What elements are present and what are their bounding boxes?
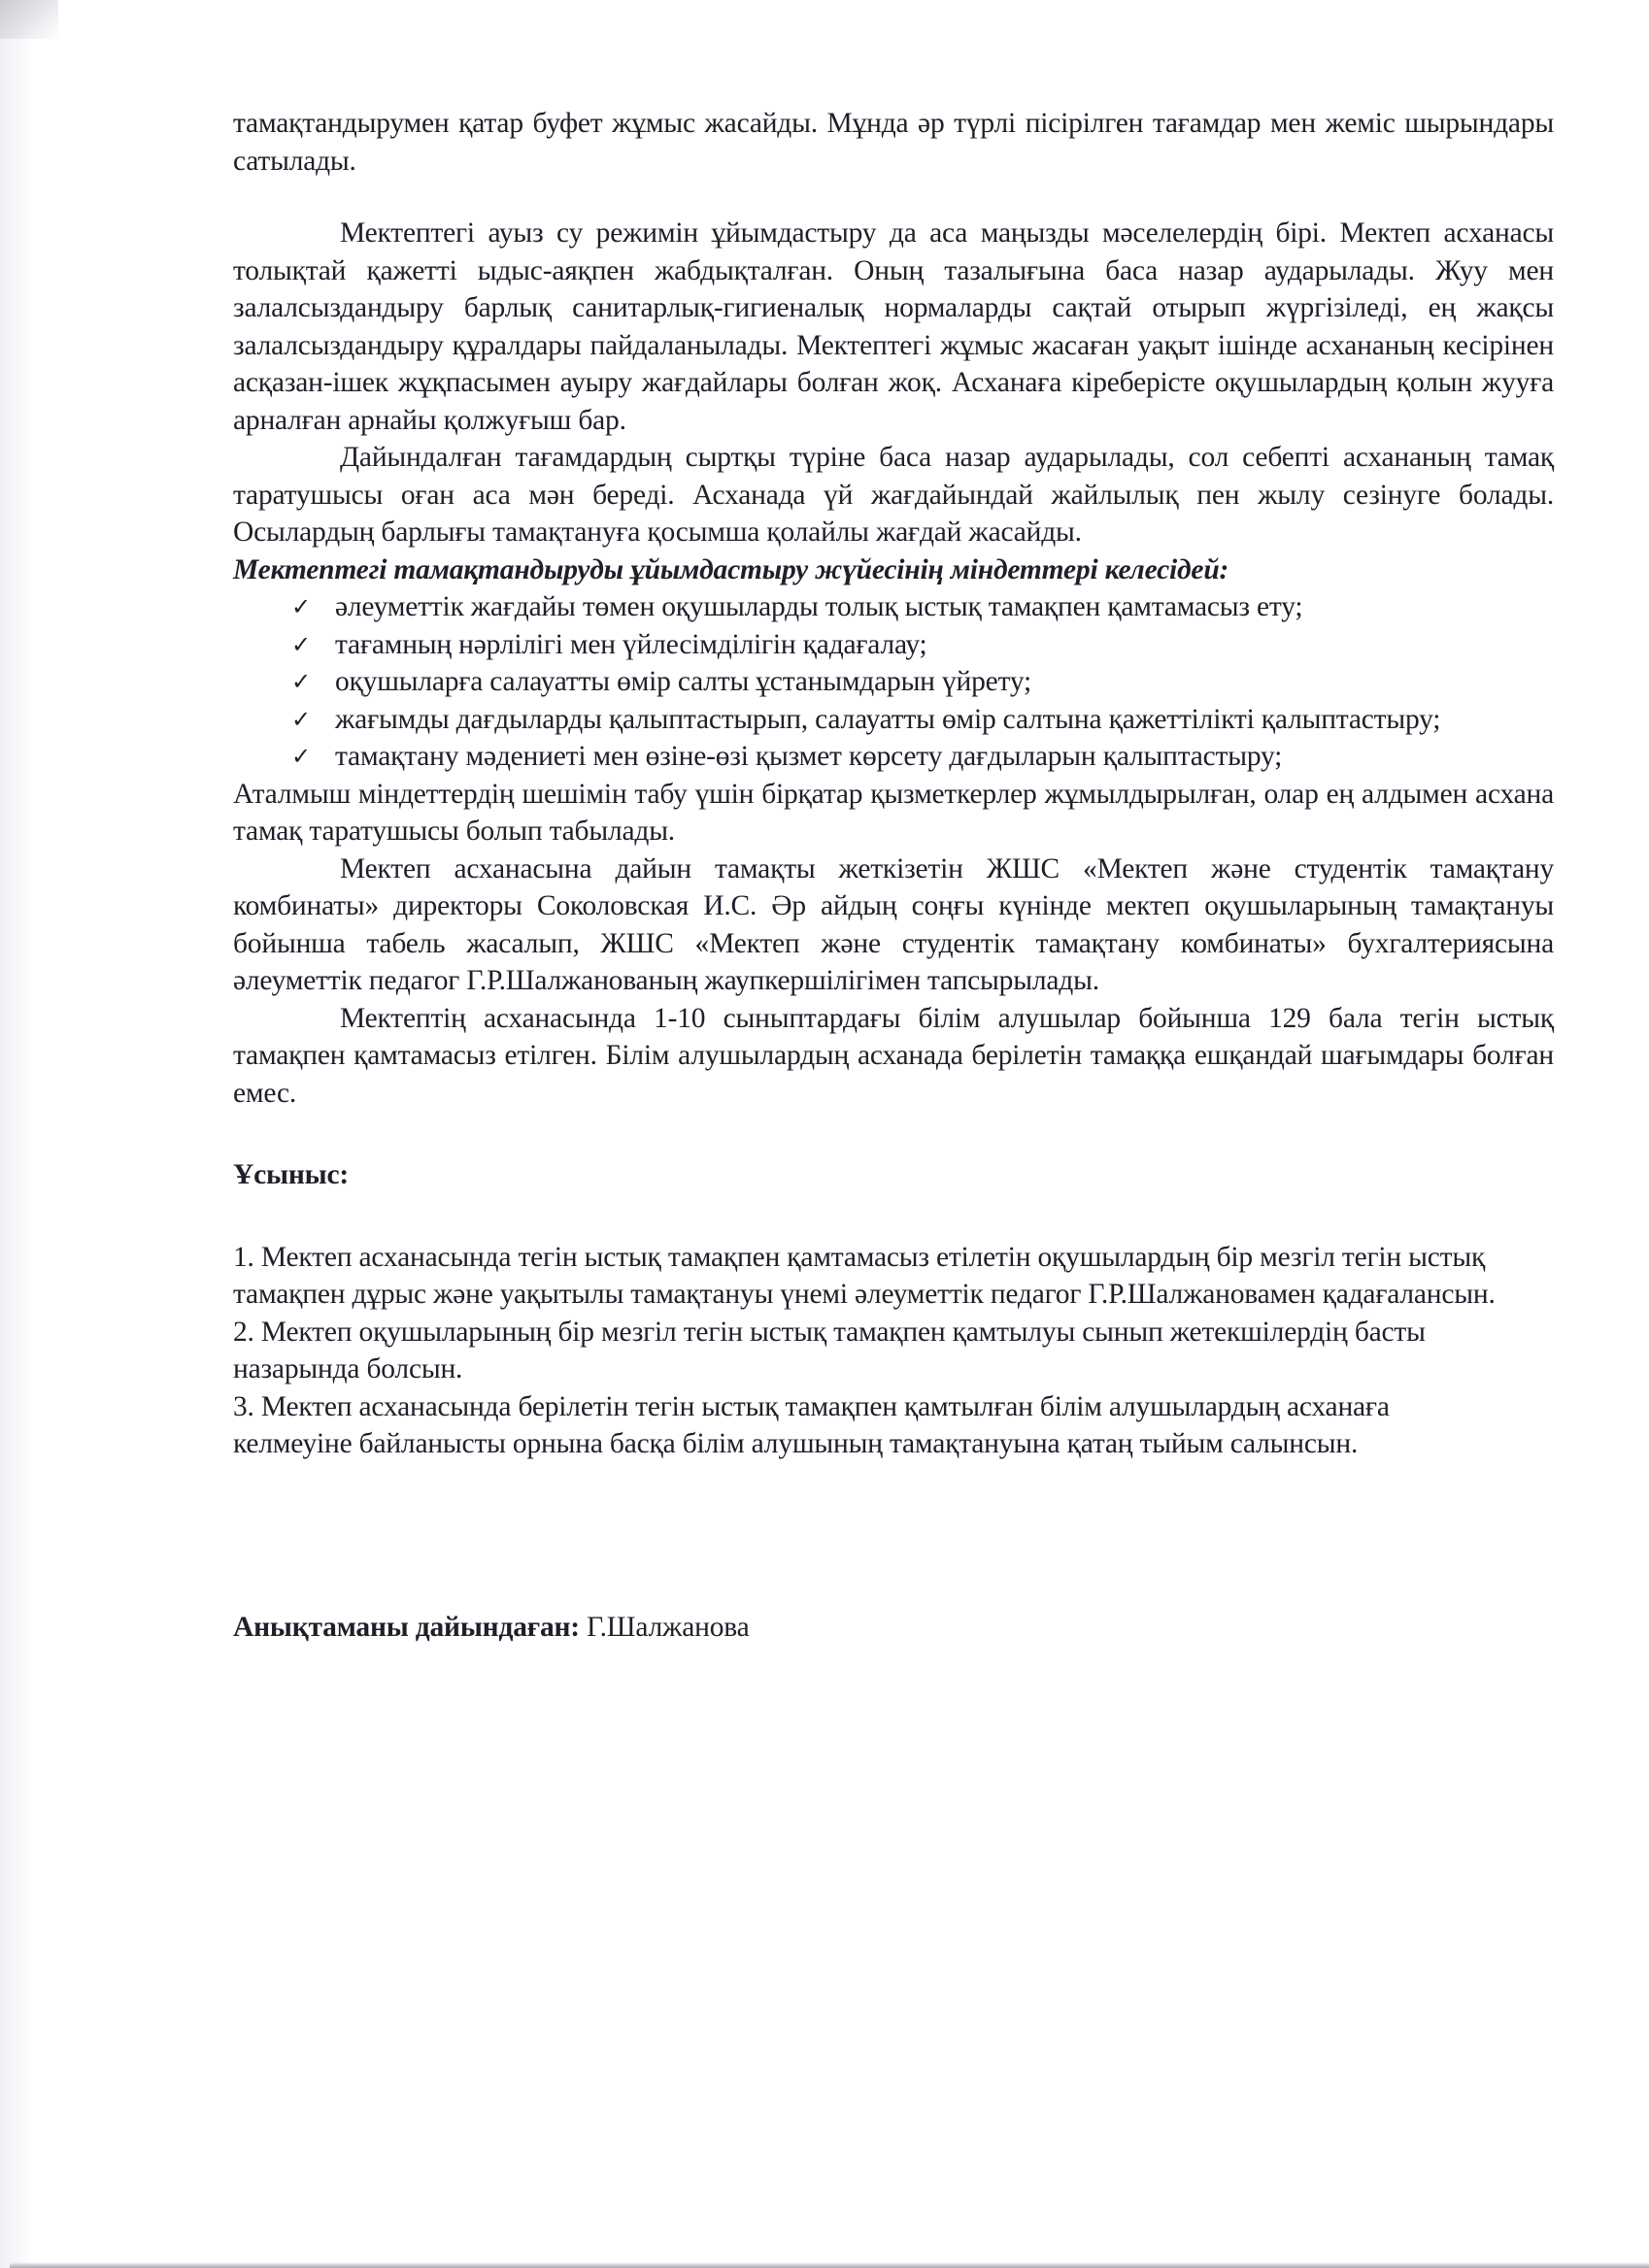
task-item: ✓ әлеуметтік жағдайы төмен оқушыларды то… [291, 588, 1554, 626]
task-item: ✓ тамақтану мәдениеті мен өзіне-өзі қызм… [291, 738, 1554, 776]
recommendation-item: 3. Мектеп асханасында берілетін тегін ыс… [233, 1388, 1496, 1463]
check-icon: ✓ [291, 738, 311, 776]
task-text: оқушыларға салауатты өмір салты ұстанымд… [335, 666, 1031, 697]
task-item: ✓ тағамның нәрлілігі мен үйлесімділігін … [291, 626, 1554, 664]
check-icon: ✓ [291, 626, 311, 664]
task-item: ✓ оқушыларға салауатты өмір салты ұстаны… [291, 663, 1554, 701]
paragraph-free-meals: Мектептің асханасында 1-10 сыныптардағы … [233, 1000, 1554, 1113]
paragraph-buffet: тамақтандырумен қатар буфет жұмыс жасайд… [233, 105, 1554, 180]
task-text: тағамның нәрлілігі мен үйлесімділігін қа… [335, 629, 927, 660]
signature-label: Анықтаманы дайындаған: [233, 1612, 580, 1643]
recommendation-item: 2. Мектеп оқушыларының бір мезгіл тегін … [233, 1314, 1496, 1388]
check-icon: ✓ [291, 701, 311, 739]
scan-shadow-top [0, 0, 58, 39]
paragraph-food-presentation: Дайындалған тағамдардың сыртқы түріне ба… [233, 439, 1554, 551]
task-text: жағымды дағдыларды қалыптастырып, салауа… [335, 704, 1440, 735]
scan-shadow-left [0, 0, 33, 2268]
check-icon: ✓ [291, 663, 311, 701]
recommendation-item: 1. Мектеп асханасында тегін ыстық тамақп… [233, 1239, 1496, 1314]
paragraph-water-regime: Мектептегі ауыз су режимін ұйымдастыру д… [233, 215, 1554, 439]
signature-name: Г.Шалжанова [587, 1612, 749, 1643]
task-item: ✓ жағымды дағдыларды қалыптастырып, сала… [291, 701, 1554, 739]
paragraph-supplier: Мектеп асханасына дайын тамақты жеткізет… [233, 850, 1554, 1000]
check-icon: ✓ [291, 588, 311, 626]
task-text: әлеуметтік жағдайы төмен оқушыларды толы… [335, 591, 1302, 622]
tasks-heading: Мектептегі тамақтандыруды ұйымдастыру жү… [233, 551, 1554, 589]
document-page: тамақтандырумен қатар буфет жұмыс жасайд… [233, 105, 1554, 1675]
tasks-list: ✓ әлеуметтік жағдайы төмен оқушыларды то… [233, 588, 1554, 776]
recommendations-title: Ұсыныс: [233, 1156, 1554, 1194]
task-text: тамақтану мәдениеті мен өзіне-өзі қызмет… [335, 741, 1282, 772]
signature-line: Анықтаманы дайындаған: Г.Шалжанова [233, 1609, 1554, 1647]
recommendations-list: 1. Мектеп асханасында тегін ыстық тамақп… [233, 1239, 1554, 1463]
paragraph-staff: Аталмыш міндеттердің шешімін табу үшін б… [233, 776, 1554, 850]
scan-shadow-bottom [10, 2262, 1649, 2268]
